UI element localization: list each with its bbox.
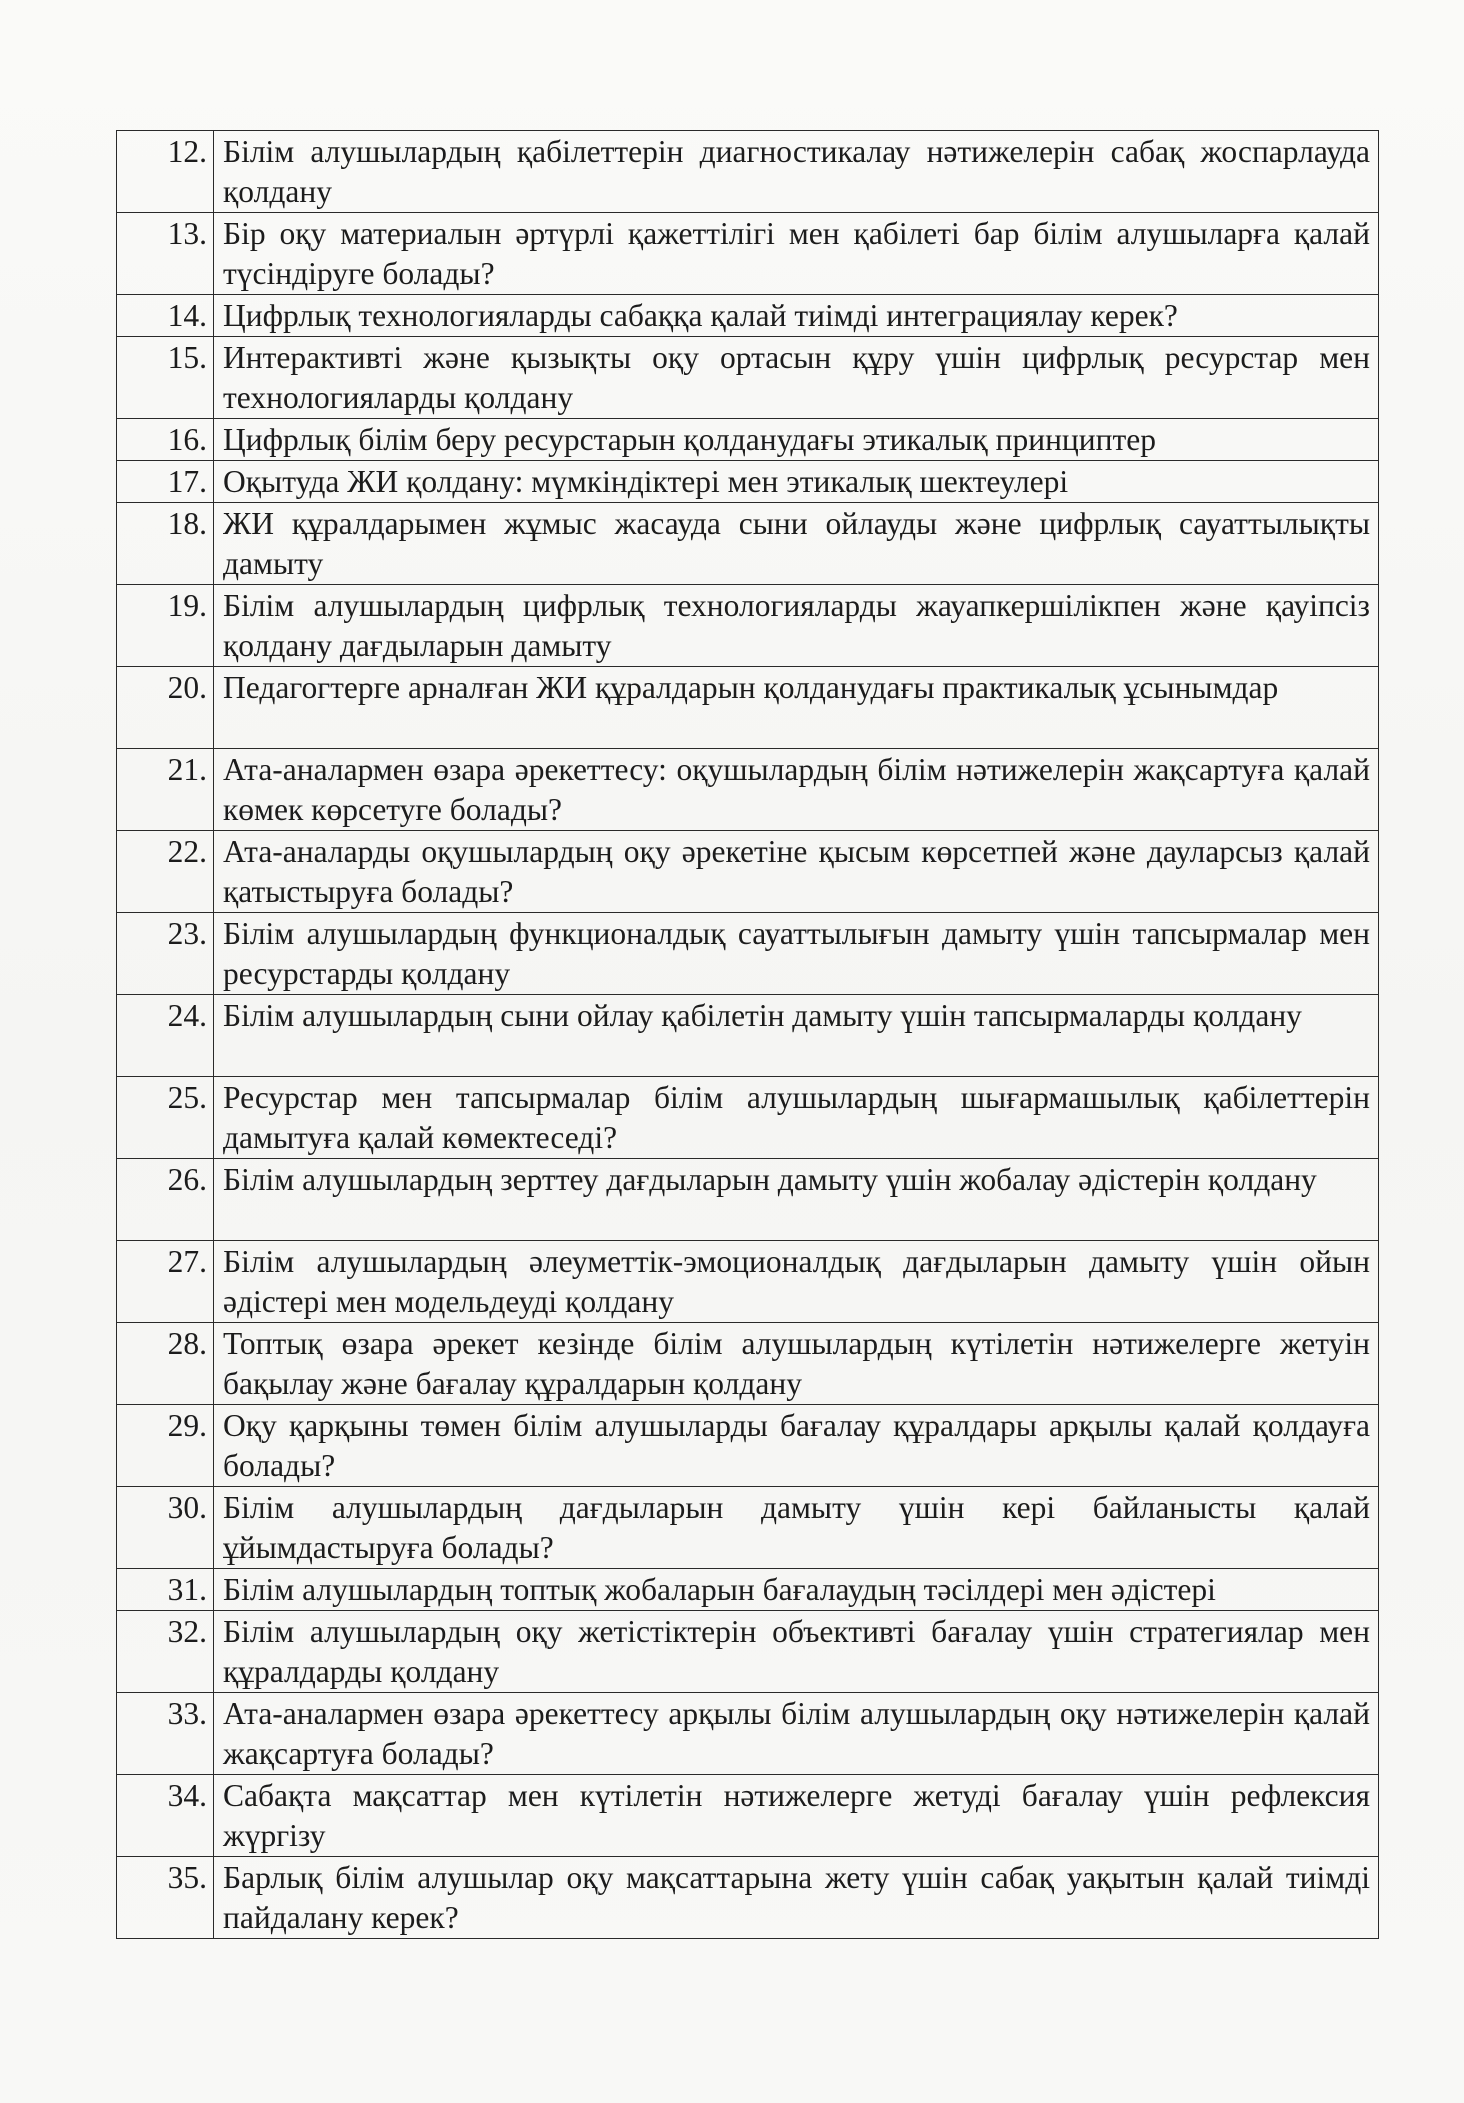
topics-table-body: 12.Білім алушылардың қабілеттерін диагно… [117,131,1379,1939]
row-number: 28. [117,1323,214,1405]
row-number: 17. [117,461,214,503]
row-topic-text: Педагогтерге арналған ЖИ құралдарын қолд… [214,667,1379,749]
row-number: 21. [117,749,214,831]
table-row: 19.Білім алушылардың цифрлық технологиял… [117,585,1379,667]
row-topic-text: Сабақта мақсаттар мен күтілетін нәтижеле… [214,1775,1379,1857]
table-row: 29.Оқу қарқыны төмен білім алушыларды ба… [117,1405,1379,1487]
row-number: 25. [117,1077,214,1159]
row-topic-text: Білім алушылардың оқу жетістіктерін объе… [214,1611,1379,1693]
row-topic-text: Барлық білім алушылар оқу мақсаттарына ж… [214,1857,1379,1939]
row-topic-text: Оқытуда ЖИ қолдану: мүмкіндіктері мен эт… [214,461,1379,503]
row-number: 19. [117,585,214,667]
row-topic-text: Ата-аналарды оқушылардың оқу әрекетіне қ… [214,831,1379,913]
table-row: 16.Цифрлық білім беру ресурстарын қолдан… [117,419,1379,461]
row-topic-text: Ресурстар мен тапсырмалар білім алушылар… [214,1077,1379,1159]
table-row: 30.Білім алушылардың дағдыларын дамыту ү… [117,1487,1379,1569]
row-number: 13. [117,213,214,295]
table-row: 22.Ата-аналарды оқушылардың оқу әрекетін… [117,831,1379,913]
row-topic-text: Интерактивті және қызықты оқу ортасын құ… [214,337,1379,419]
topics-table: 12.Білім алушылардың қабілеттерін диагно… [116,130,1379,1939]
row-topic-text: Білім алушылардың функционалдық сауаттыл… [214,913,1379,995]
table-row: 18.ЖИ құралдарымен жұмыс жасауда сыни ой… [117,503,1379,585]
document-page: 12.Білім алушылардың қабілеттерін диагно… [0,0,1464,2103]
row-number: 27. [117,1241,214,1323]
row-topic-text: Топтық өзара әрекет кезінде білім алушыл… [214,1323,1379,1405]
row-number: 14. [117,295,214,337]
row-topic-text: Білім алушылардың дағдыларын дамыту үшін… [214,1487,1379,1569]
row-number: 29. [117,1405,214,1487]
row-topic-text: Білім алушылардың зерттеу дағдыларын дам… [214,1159,1379,1241]
row-number: 22. [117,831,214,913]
row-topic-text: ЖИ құралдарымен жұмыс жасауда сыни ойлау… [214,503,1379,585]
table-row: 34.Сабақта мақсаттар мен күтілетін нәтиж… [117,1775,1379,1857]
table-row: 14.Цифрлық технологияларды сабаққа қалай… [117,295,1379,337]
row-topic-text: Бір оқу материалын әртүрлі қажеттілігі м… [214,213,1379,295]
row-number: 34. [117,1775,214,1857]
row-number: 35. [117,1857,214,1939]
table-row: 23.Білім алушылардың функционалдық сауат… [117,913,1379,995]
table-row: 26.Білім алушылардың зерттеу дағдыларын … [117,1159,1379,1241]
table-row: 28.Топтық өзара әрекет кезінде білім алу… [117,1323,1379,1405]
row-number: 12. [117,131,214,213]
row-topic-text: Ата-аналармен өзара әрекеттесу арқылы бі… [214,1693,1379,1775]
row-number: 18. [117,503,214,585]
table-row: 12.Білім алушылардың қабілеттерін диагно… [117,131,1379,213]
row-topic-text: Оқу қарқыны төмен білім алушыларды бағал… [214,1405,1379,1487]
table-row: 21.Ата-аналармен өзара әрекеттесу: оқушы… [117,749,1379,831]
row-topic-text: Цифрлық технологияларды сабаққа қалай ти… [214,295,1379,337]
row-number: 20. [117,667,214,749]
table-row: 25.Ресурстар мен тапсырмалар білім алушы… [117,1077,1379,1159]
table-row: 15.Интерактивті және қызықты оқу ортасын… [117,337,1379,419]
row-number: 26. [117,1159,214,1241]
table-row: 13.Бір оқу материалын әртүрлі қажеттіліг… [117,213,1379,295]
table-row: 27.Білім алушылардың әлеуметтік-эмоциона… [117,1241,1379,1323]
row-number: 33. [117,1693,214,1775]
row-number: 16. [117,419,214,461]
row-topic-text: Білім алушылардың цифрлық технологиялард… [214,585,1379,667]
table-row: 24.Білім алушылардың сыни ойлау қабілеті… [117,995,1379,1077]
table-row: 32.Білім алушылардың оқу жетістіктерін о… [117,1611,1379,1693]
row-number: 23. [117,913,214,995]
table-row: 35.Барлық білім алушылар оқу мақсаттарын… [117,1857,1379,1939]
row-number: 15. [117,337,214,419]
table-row: 33.Ата-аналармен өзара әрекеттесу арқылы… [117,1693,1379,1775]
row-number: 30. [117,1487,214,1569]
row-topic-text: Ата-аналармен өзара әрекеттесу: оқушылар… [214,749,1379,831]
row-number: 24. [117,995,214,1077]
row-number: 31. [117,1569,214,1611]
table-row: 17.Оқытуда ЖИ қолдану: мүмкіндіктері мен… [117,461,1379,503]
row-topic-text: Білім алушылардың сыни ойлау қабілетін д… [214,995,1379,1077]
row-number: 32. [117,1611,214,1693]
row-topic-text: Білім алушылардың қабілеттерін диагности… [214,131,1379,213]
row-topic-text: Цифрлық білім беру ресурстарын қолдануда… [214,419,1379,461]
table-row: 31.Білім алушылардың топтық жобаларын ба… [117,1569,1379,1611]
row-topic-text: Білім алушылардың әлеуметтік-эмоционалды… [214,1241,1379,1323]
row-topic-text: Білім алушылардың топтық жобаларын бағал… [214,1569,1379,1611]
table-row: 20.Педагогтерге арналған ЖИ құралдарын қ… [117,667,1379,749]
